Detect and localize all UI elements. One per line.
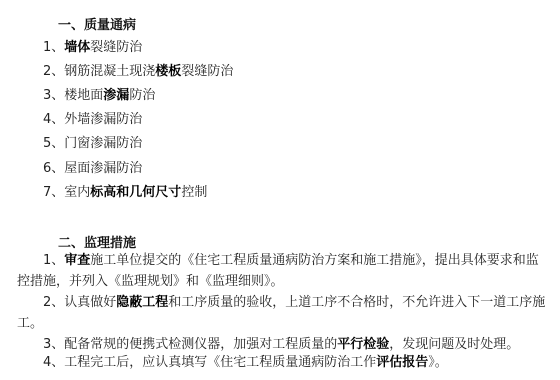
item-text: 楼地面 [64,88,103,103]
item-text-bold: 楼板 [155,64,181,79]
item-text: 钢筋混凝土现浇 [64,64,155,79]
item-text: 外墙渗漏防治 [64,112,142,127]
para-text-bold: 平行检验 [337,337,389,352]
para-text: 1、 [43,253,64,268]
para-text: 》。 [428,355,448,370]
paragraph: 1、审查施工单位提交的《住宅工程质量通病防治方案和施工措施》，提出具体要求和监 … [17,250,547,292]
para-text-bold: 审查 [64,253,90,268]
list-item: 3、楼地面渗漏防治 [43,84,155,103]
paragraph-line: 控措施，并列入《监理规划》和《监理细则》。 [17,271,547,292]
para-text: 施工单位提交的《住宅工程质量通病防治方案和施工措施》，提出具体要求和监 [90,253,539,268]
item-number: 6、 [43,161,64,176]
paragraph-line: 工。 [17,313,547,334]
paragraph: 2、认真做好隐蔽工程和工序质量的验收，上道工序不合格时，不允许进入下一道工序施 … [17,292,547,334]
para-text: 工。 [17,316,43,331]
list-item: 6、屋面渗漏防治 [43,157,142,176]
list-item: 4、外墙渗漏防治 [43,108,142,127]
para-text-bold: 评估报告 [376,355,428,370]
list-item: 5、门窗渗漏防治 [43,132,142,151]
section-1-title: 一、质量通病 [58,14,136,33]
item-number: 5、 [43,136,64,151]
section-2-title: 二、监理措施 [58,232,136,251]
item-text: 门窗渗漏防治 [64,136,142,151]
paragraph-line: 2、认真做好隐蔽工程和工序质量的验收，上道工序不合格时，不允许进入下一道工序施 [17,292,547,313]
list-item: 2、钢筋混凝土现浇楼板裂缝防治 [43,60,233,79]
item-text-bold: 标高和几何尺寸 [90,185,181,200]
item-text-bold: 墙体 [64,40,90,55]
para-text: ，发现问题及时处理。 [389,337,519,352]
item-number: 1、 [43,40,64,55]
list-item: 7、室内标高和几何尺寸控制 [43,181,207,200]
item-text: 屋面渗漏防治 [64,161,142,176]
para-text-bold: 隐蔽工程 [116,295,168,310]
para-text: 和工序质量的验收，上道工序不合格时，不允许进入下一道工序施 [168,295,545,310]
item-text: 裂缝防治 [181,64,233,79]
item-number: 7、 [43,185,64,200]
item-text: 裂缝防治 [90,40,142,55]
item-number: 3、 [43,88,64,103]
list-item: 1、墙体裂缝防治 [43,36,142,55]
item-number: 4、 [43,112,64,127]
paragraph: 4、工程完工后，应认真填写《住宅工程质量通病防治工作评估报告》。 [17,352,547,373]
para-text: 控措施，并列入《监理规划》和《监理细则》。 [17,274,284,289]
item-text: 控制 [181,185,207,200]
para-text: 4、工程完工后，应认真填写《住宅工程质量通病防治工作 [43,355,376,370]
paragraph-line: 4、工程完工后，应认真填写《住宅工程质量通病防治工作评估报告》。 [17,352,547,373]
item-text: 室内 [64,185,90,200]
para-text: 2、认真做好 [43,295,116,310]
item-number: 2、 [43,64,64,79]
para-text: 3、配备常规的便携式检测仪器，加强对工程质量的 [43,337,337,352]
item-text-bold: 渗漏 [103,88,129,103]
paragraph-line: 1、审查施工单位提交的《住宅工程质量通病防治方案和施工措施》，提出具体要求和监 [17,250,547,271]
item-text: 防治 [129,88,155,103]
